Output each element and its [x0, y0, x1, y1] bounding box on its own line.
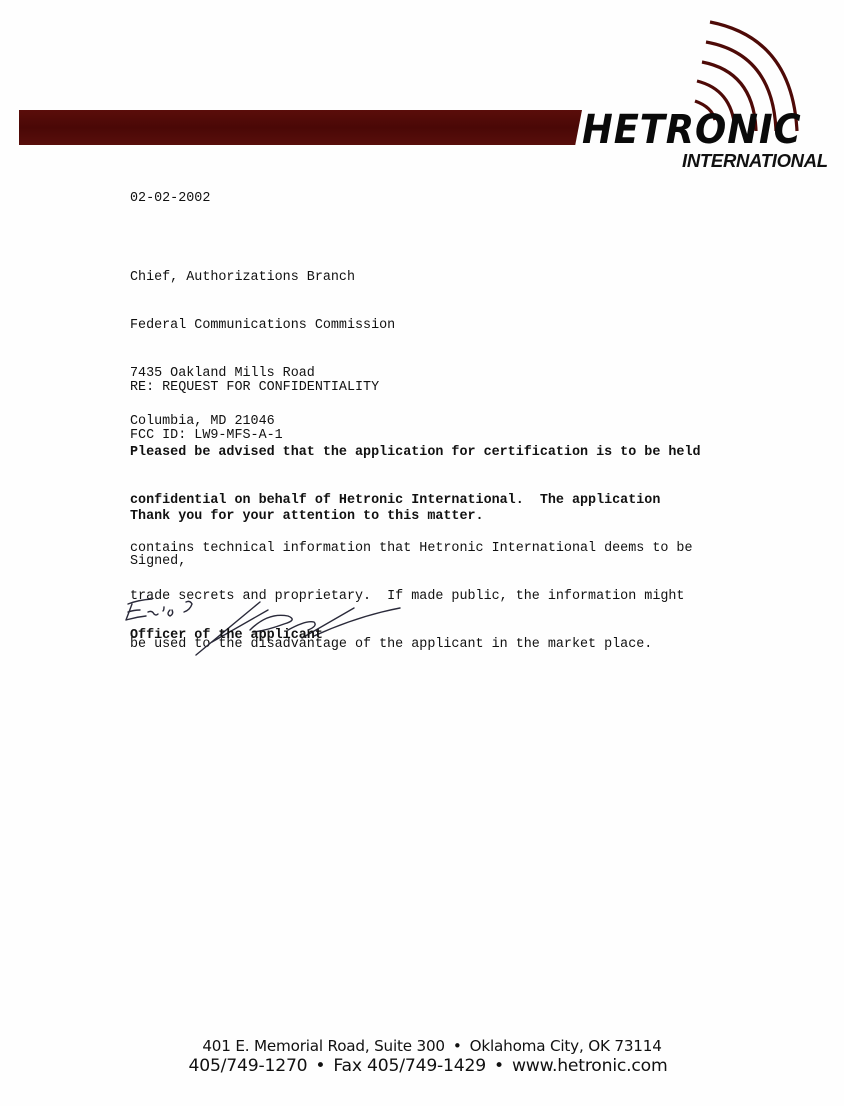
footer-address-line: 401 E. Memorial Road, Suite 300•Oklahoma…	[10, 1037, 844, 1055]
signoff: Signed,	[130, 554, 186, 570]
footer-contact-line: 405/749-1270•Fax 405/749-1429•www.hetron…	[6, 1056, 844, 1076]
footer-phone: 405/749-1270	[188, 1056, 307, 1076]
company-logo-subtitle: INTERNATIONAL	[682, 150, 828, 172]
subject-line: RE: REQUEST FOR CONFIDENTIALITY	[130, 380, 379, 396]
letterhead-bar	[19, 110, 582, 145]
handwritten-signature	[118, 590, 408, 660]
signature-title: Officer of the applicant	[130, 628, 323, 644]
closing-line: Thank you for your attention to this mat…	[130, 509, 484, 525]
footer-fax: Fax 405/749-1429	[333, 1056, 486, 1076]
letter-date: 02-02-2002	[130, 191, 210, 207]
body-line: contains technical information that Hetr…	[130, 541, 701, 557]
bullet-separator: •	[307, 1056, 333, 1076]
footer-website-link[interactable]: www.hetronic.com	[512, 1056, 668, 1076]
body-line: confidential on behalf of Hetronic Inter…	[130, 493, 701, 509]
bullet-separator: •	[445, 1037, 470, 1055]
body-line: Pleased be advised that the application …	[130, 445, 701, 461]
recipient-line: Federal Communications Commission	[130, 318, 395, 334]
company-logo-name: HETRONIC	[582, 106, 802, 154]
bullet-separator: •	[486, 1056, 512, 1076]
footer-city: Oklahoma City, OK 73114	[470, 1037, 662, 1055]
recipient-line: Chief, Authorizations Branch	[130, 270, 395, 286]
letter-page: HETRONIC INTERNATIONAL 02-02-2002 Chief,…	[0, 0, 844, 1106]
footer-street-address: 401 E. Memorial Road, Suite 300	[202, 1037, 445, 1055]
